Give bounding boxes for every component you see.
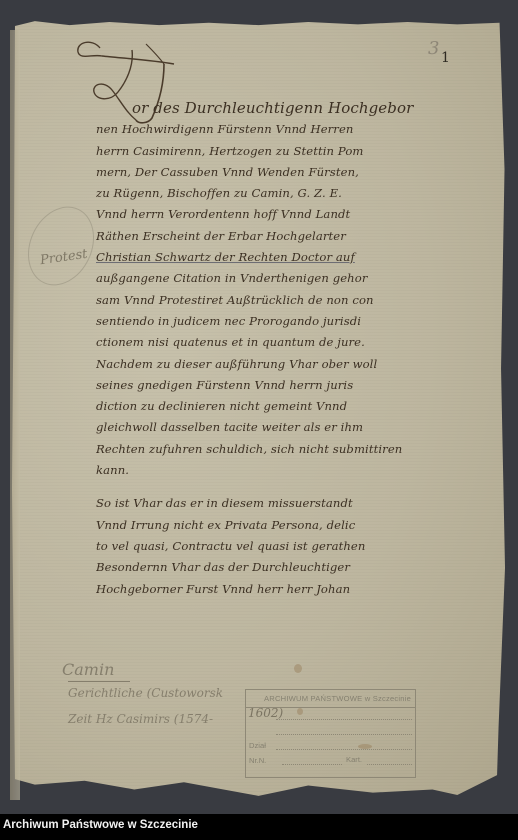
stamp-row-dzial: Dział [246,738,415,753]
stamp-row-nr-kart: Nr.N. Kart. [246,753,415,768]
text-line: sam Vnnd Protestiret Außtrücklich de non… [96,290,496,311]
text-line: Rechten zufuhren schuldich, sich nicht s… [96,439,496,460]
text-line-underlined: Christian Schwartz der Rechten Doctor au… [96,247,496,268]
stamp-label-nr: Nr.N. [249,756,266,765]
text-line: ctionem nisi quatenus et in quantum de j… [96,332,496,353]
text-line: mern, Der Cassuben Vnnd Wenden Fürsten, [96,162,496,183]
text-line: Vnnd herrn Verordentenn hoff Vnnd Landt [96,204,496,225]
text-line: Vnnd Irrung nicht ex Privata Persona, de… [96,515,496,536]
manuscript-text: or des Durchleuchtigenn Hochgebor nen Ho… [96,98,496,600]
text-line: Hochgeborner Furst Vnnd herr herr Johan [96,579,496,600]
archive-stamp: ARCHIWUM PAŃSTWOWE w Szczecinie 1602) Dz… [245,689,416,778]
text-line: diction zu declinieren nicht gemeint Vnn… [96,396,496,417]
paper-stain [294,664,302,673]
text-line: kann. [96,460,496,481]
text-line: außgangene Citation in Vnderthenigen geh… [96,268,496,289]
stamp-label-dzial: Dział [249,741,266,750]
text-line: to vel quasi, Contractu vel quasi ist ge… [96,536,496,557]
folio-pencil-mark: 3 [428,38,439,59]
pencil-note-line3: Zeit Hz Casimirs (1574- [68,712,223,726]
text-line: seines gnedigen Fürstenn Vnnd herrn juri… [96,375,496,396]
scan-viewport: 3 1 Protest or des Durchleuchtigenn Hoch… [0,0,518,814]
stamp-row-blank [246,723,415,738]
text-line: herrn Casimirenn, Hertzogen zu Stettin P… [96,141,496,162]
caption-bar: Archiwum Państwowe w Szczecinie [0,814,518,840]
stamp-label-kart: Kart. [346,752,362,767]
text-line: gleichwoll dasselben tacite weiter als e… [96,417,496,438]
pencil-rule [68,681,130,682]
text-line: Räthen Erscheint der Erbar Hochgelarter [96,226,496,247]
binding-edge [10,30,20,800]
stamp-row-blank [246,708,415,723]
text-line: sentiendo in judicem nec Prorogando juri… [96,311,496,332]
pencil-note-place: Camin [62,660,223,679]
text-line: Besondernn Vhar das der Durchleuchtiger [96,557,496,578]
text-line: So ist Vhar das er in diesem missuerstan… [96,493,496,514]
text-line: or des Durchleuchtigenn Hochgebor [96,98,496,119]
archival-pencil-notes: Camin Gerichtliche (Custoworsk Zeit Hz C… [60,660,223,726]
pencil-note-line2: Gerichtliche (Custoworsk [68,686,223,700]
text-line: zu Rügenn, Bischoffen zu Camin, G. Z. E. [96,183,496,204]
text-line: Nachdem zu dieser außführung Vhar ober w… [96,354,496,375]
archive-caption: Archiwum Państwowe w Szczecinie [3,819,198,831]
folio-number: 1 [441,50,450,66]
text-line: nen Hochwirdigenn Fürstenn Vnnd Herren [96,119,496,140]
